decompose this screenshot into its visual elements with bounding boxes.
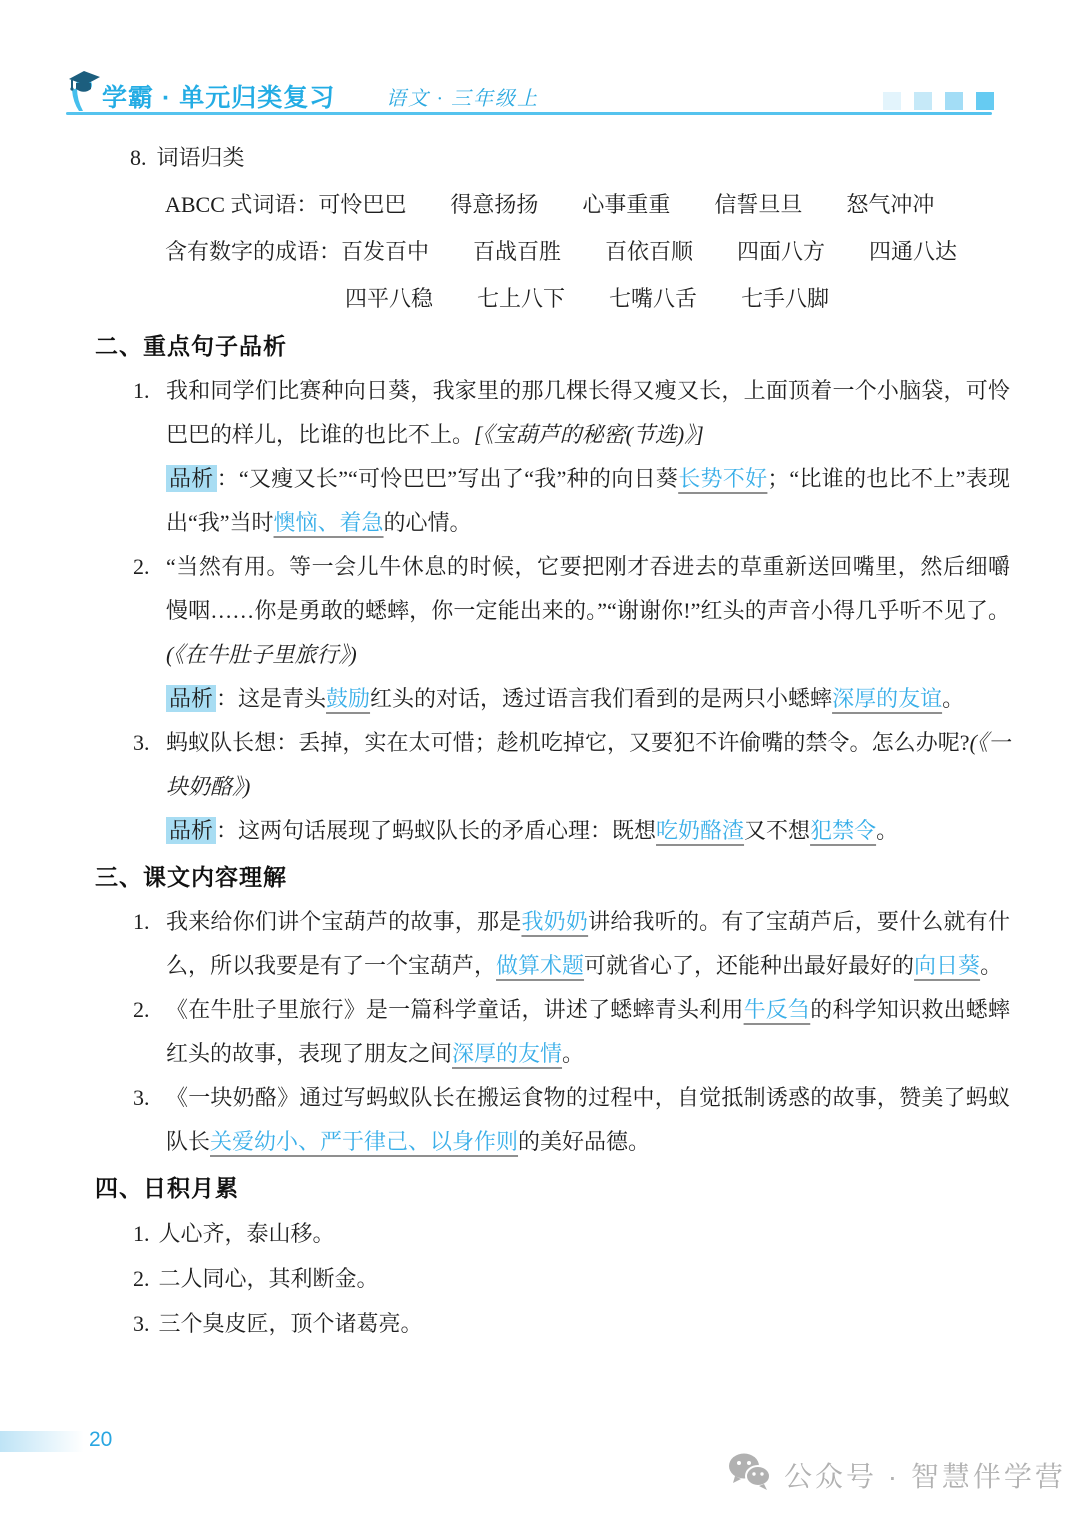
- text-segment: 向日葵: [914, 953, 980, 978]
- text-segment: 懊恼、着急: [274, 510, 384, 535]
- section-3-heading: 三、课文内容理解: [95, 855, 1080, 900]
- sentence-item-1: 1. 我和同学们比赛种向日葵，我家里的那几棵长得又瘦又长，上面顶着一个小脑袋，可…: [0, 369, 1010, 457]
- corner-squares: [883, 92, 994, 110]
- sentence-item-3-analysis: 品析：这两句话展现了蚂蚁队长的矛盾心理：既想吃奶酪渣又不想犯禁令。: [0, 809, 1010, 853]
- wechat-icon: [728, 1452, 772, 1497]
- comprehension-item-2: 2. 《在牛肚子里旅行》是一篇科学童话，讲述了蟋蟀青头利用牛反刍的科学知识救出蟋…: [0, 988, 1010, 1076]
- watermark-text: 公众号 · 智慧伴学营: [784, 1455, 1066, 1495]
- text-segment: 的美好品德。: [518, 1129, 650, 1154]
- text-segment: 的心情。: [384, 510, 472, 535]
- item-text: 《在牛肚子里旅行》是一篇科学童话，讲述了蟋蟀青头利用牛反刍的科学知识救出蟋蟀红头…: [166, 997, 1010, 1066]
- text-segment: 。: [980, 953, 1002, 978]
- workbook-page: 学霸 · 单元归类复习 语文 · 三年级上 8.词语归类 ABCC 式词语：可怜…: [0, 0, 1080, 1515]
- brand-title: 学霸 · 单元归类复习: [102, 78, 335, 114]
- item-number: 1.: [133, 1221, 150, 1246]
- corner-square: [914, 92, 932, 110]
- sentence-item-3: 3. 蚂蚁队长想：丢掉，实在太可惜；趁机吃掉它，又要犯不许偷嘴的禁令。怎么办呢?…: [0, 721, 1010, 809]
- proverb-text: 二人同心，其利断金。: [159, 1266, 379, 1291]
- item-number: 3.: [133, 721, 150, 765]
- proverb-item-2: 2.二人同心，其利断金。: [133, 1256, 1080, 1301]
- corner-square: [883, 92, 901, 110]
- text-segment: 犯禁令: [810, 818, 876, 843]
- page-header: 学霸 · 单元归类复习 语文 · 三年级上: [66, 72, 994, 114]
- text-segment: 红头的对话，透过语言我们看到的是两只小蟋蟀: [370, 686, 832, 711]
- item-number: 2.: [133, 1266, 150, 1291]
- sentence-item-2-analysis: 品析：这是青头鼓励红头的对话，透过语言我们看到的是两只小蟋蟀深厚的友谊。: [0, 677, 1010, 721]
- item-text: “当然有用。等一会儿牛休息的时候，它要把刚才吞进去的草重新送回嘴里，然后细嚼慢咽…: [166, 554, 1010, 667]
- word-list-abcc: ABCC 式词语：可怜巴巴 得意扬扬 心事重重 信誓旦旦 怒气冲冲: [165, 181, 1020, 228]
- word-list-numeric-idioms-cont: 四平八稳 七上八下 七嘴八舌 七手八脚: [345, 275, 1020, 322]
- text-segment: 我奶奶: [521, 909, 588, 934]
- text-segment: “当然有用。等一会儿牛休息的时候，它要把刚才吞进去的草重新送回嘴里，然后细嚼慢咽…: [166, 554, 1010, 623]
- text-segment: 。: [876, 818, 898, 843]
- text-segment: 又不想: [744, 818, 810, 843]
- section-4-heading: 四、日积月累: [95, 1166, 1080, 1211]
- item-text: 蚂蚁队长想：丢掉，实在太可惜；趁机吃掉它，又要犯不许偷嘴的禁令。怎么办呢?(《一…: [166, 730, 1010, 799]
- sentence-item-2: 2. “当然有用。等一会儿牛休息的时候，它要把刚才吞进去的草重新送回嘴里，然后细…: [0, 545, 1010, 677]
- section-8-number: 8.: [130, 145, 147, 170]
- corner-square: [976, 92, 994, 110]
- header-rule: [66, 112, 992, 115]
- analysis-text: 品析：这两句话展现了蚂蚁队长的矛盾心理：既想吃奶酪渣又不想犯禁令。: [166, 817, 898, 844]
- comprehension-item-1: 1. 我来给你们讲个宝葫芦的故事，那是我奶奶讲给我听的。有了宝葫芦后，要什么就有…: [0, 900, 1010, 988]
- text-segment: (《在牛肚子里旅行》): [166, 642, 357, 667]
- proverb-item-1: 1.人心齐，泰山移。: [133, 1211, 1080, 1256]
- comprehension-item-3: 3. 《一块奶酪》通过写蚂蚁队长在搬运食物的过程中，自觉抵制诱惑的故事，赞美了蚂…: [0, 1076, 1010, 1164]
- text-segment: 品析: [166, 685, 216, 712]
- proverb-text: 三个臭皮匠，顶个诸葛亮。: [159, 1311, 423, 1336]
- watermark: 公众号 · 智慧伴学营: [728, 1452, 1066, 1497]
- text-segment: 深厚的友情: [452, 1041, 562, 1066]
- item-number: 1.: [133, 900, 150, 944]
- item-number: 2.: [133, 545, 150, 589]
- item-number: 3.: [133, 1076, 150, 1120]
- corner-square: [945, 92, 963, 110]
- text-segment: ：这是青头: [216, 686, 326, 711]
- page-number: 20: [89, 1428, 112, 1452]
- sentence-item-1-analysis: 品析：“又瘦又长”“可怜巴巴”写出了“我”种的向日葵长势不好；“比谁的也比不上”…: [0, 457, 1010, 545]
- section-2-heading: 二、重点句子品析: [95, 324, 1080, 369]
- word-list-numeric-idioms: 含有数字的成语：百发百中 百战百胜 百依百顺 四面八方 四通八达: [165, 228, 1020, 275]
- text-segment: 《在牛肚子里旅行》是一篇科学童话，讲述了蟋蟀青头利用: [166, 997, 744, 1022]
- proverb-text: 人心齐，泰山移。: [159, 1221, 335, 1246]
- text-segment: [《宝葫芦的秘密(节选)》]: [474, 422, 704, 447]
- item-text: 《一块奶酪》通过写蚂蚁队长在搬运食物的过程中，自觉抵制诱惑的故事，赞美了蚂蚁队长…: [166, 1085, 1010, 1154]
- item-text: 我和同学们比赛种向日葵，我家里的那几棵长得又瘦又长，上面顶着一个小脑袋，可怜巴巴…: [166, 378, 1010, 447]
- text-segment: 可就省心了，还能种出最好最好的: [584, 953, 914, 978]
- proverb-item-3: 3.三个臭皮匠，顶个诸葛亮。: [133, 1301, 1080, 1346]
- text-segment: 品析: [166, 465, 217, 492]
- text-segment: 吃奶酪渣: [656, 818, 744, 843]
- page-content: 8.词语归类 ABCC 式词语：可怜巴巴 得意扬扬 心事重重 信誓旦旦 怒气冲冲…: [0, 126, 1080, 1346]
- item-text: 我来给你们讲个宝葫芦的故事，那是我奶奶讲给我听的。有了宝葫芦后，要什么就有什么，…: [166, 909, 1010, 978]
- page-number-bar: [0, 1431, 84, 1452]
- item-number: 2.: [133, 988, 150, 1032]
- item-number: 3.: [133, 1311, 150, 1336]
- graduation-cap-icon: [66, 66, 102, 117]
- section-8-title: 词语归类: [157, 145, 245, 170]
- item-number: 1.: [133, 369, 150, 413]
- text-segment: 长势不好: [678, 466, 767, 491]
- text-segment: 做算术题: [496, 953, 584, 978]
- text-segment: ：“又瘦又长”“可怜巴巴”写出了“我”种的向日葵: [217, 466, 679, 491]
- subject-label: 语文 · 三年级上: [386, 82, 539, 111]
- text-segment: 我来给你们讲个宝葫芦的故事，那是: [166, 909, 521, 934]
- text-segment: 深厚的友谊: [832, 686, 942, 711]
- text-segment: 品析: [166, 817, 216, 844]
- text-segment: 牛反刍: [744, 997, 811, 1022]
- analysis-text: 品析：这是青头鼓励红头的对话，透过语言我们看到的是两只小蟋蟀深厚的友谊。: [166, 685, 964, 712]
- text-segment: 蚂蚁队长想：丢掉，实在太可惜；趁机吃掉它，又要犯不许偷嘴的禁令。怎么办呢?: [166, 730, 970, 755]
- text-segment: 关爱幼小、严于律己、以身作则: [210, 1129, 518, 1154]
- text-segment: 。: [942, 686, 964, 711]
- text-segment: ：这两句话展现了蚂蚁队长的矛盾心理：既想: [216, 818, 656, 843]
- section-8-heading: 8.词语归类: [130, 134, 1080, 181]
- analysis-text: 品析：“又瘦又长”“可怜巴巴”写出了“我”种的向日葵长势不好；“比谁的也比不上”…: [166, 465, 1010, 535]
- text-segment: 。: [562, 1041, 584, 1066]
- text-segment: 鼓励: [326, 686, 370, 711]
